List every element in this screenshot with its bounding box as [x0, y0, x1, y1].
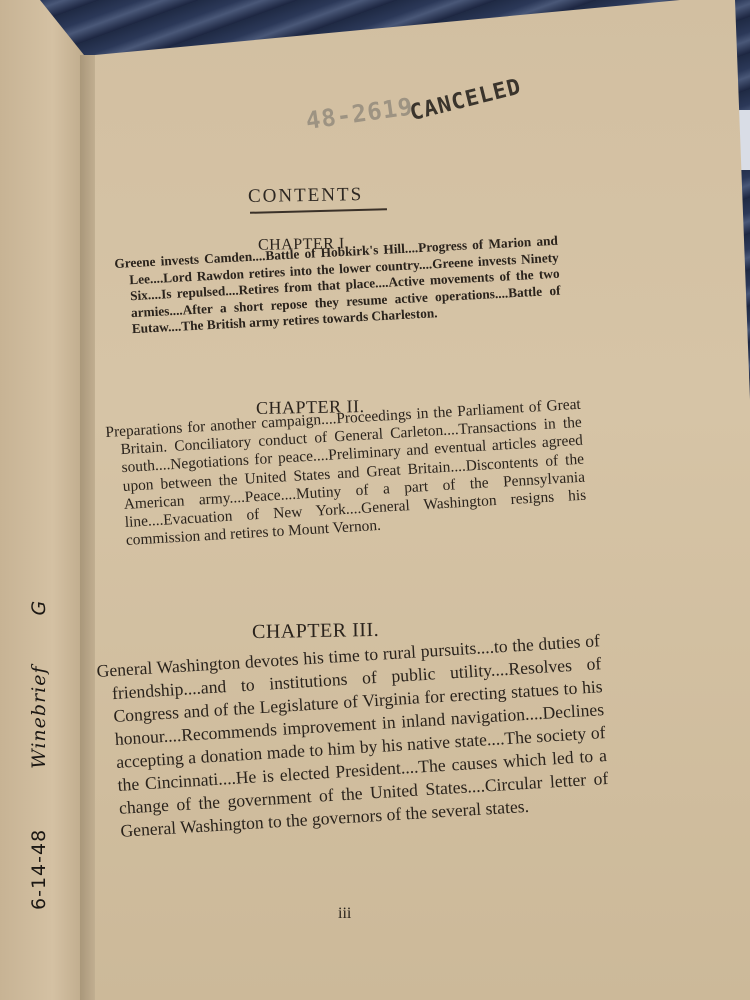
chapter-3-summary: General Washington devotes his time to r…: [96, 629, 610, 843]
handwritten-mark: G: [28, 600, 50, 616]
contents-title: CONTENTS: [248, 184, 364, 208]
page-number: iii: [338, 905, 351, 923]
margin-handwriting: 6-14-48WinebriefG: [28, 470, 50, 910]
chapter-3-heading: CHAPTER III.: [252, 619, 379, 644]
handwritten-name: Winebrief: [28, 665, 50, 768]
handwritten-date: 6-14-48: [28, 829, 50, 910]
